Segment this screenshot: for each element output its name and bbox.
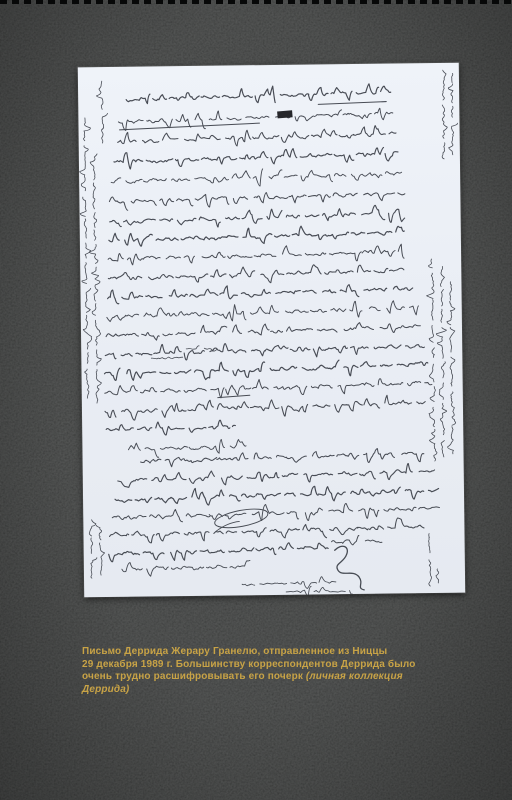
caption-segment-italic: (личная коллекция xyxy=(306,671,403,682)
caption-line: очень трудно расшифровывать его почерк (… xyxy=(82,671,416,684)
caption-segment: очень трудно расшифровывать его почерк xyxy=(82,671,306,682)
caption-line: 29 декабря 1989 г. Большинству корреспон… xyxy=(82,659,416,672)
page-top-edge-marks xyxy=(0,0,512,4)
redacted-word xyxy=(277,110,293,118)
caption-segment: Письмо Деррида Жерару Гранелю, отправлен… xyxy=(82,646,387,657)
caption-segment-italic: Деррида) xyxy=(82,684,129,695)
caption-segment: 29 декабря 1989 г. Большинству корреспон… xyxy=(82,659,416,670)
caption-line: Письмо Деррида Жерару Гранелю, отправлен… xyxy=(82,646,416,659)
caption-line: Деррида) xyxy=(82,684,416,697)
handwriting-ink xyxy=(78,63,465,598)
book-page: Письмо Деррида Жерару Гранелю, отправлен… xyxy=(0,0,512,800)
photo-caption: Письмо Деррида Жерару Гранелю, отправлен… xyxy=(82,646,416,696)
letter-photograph xyxy=(78,63,465,598)
